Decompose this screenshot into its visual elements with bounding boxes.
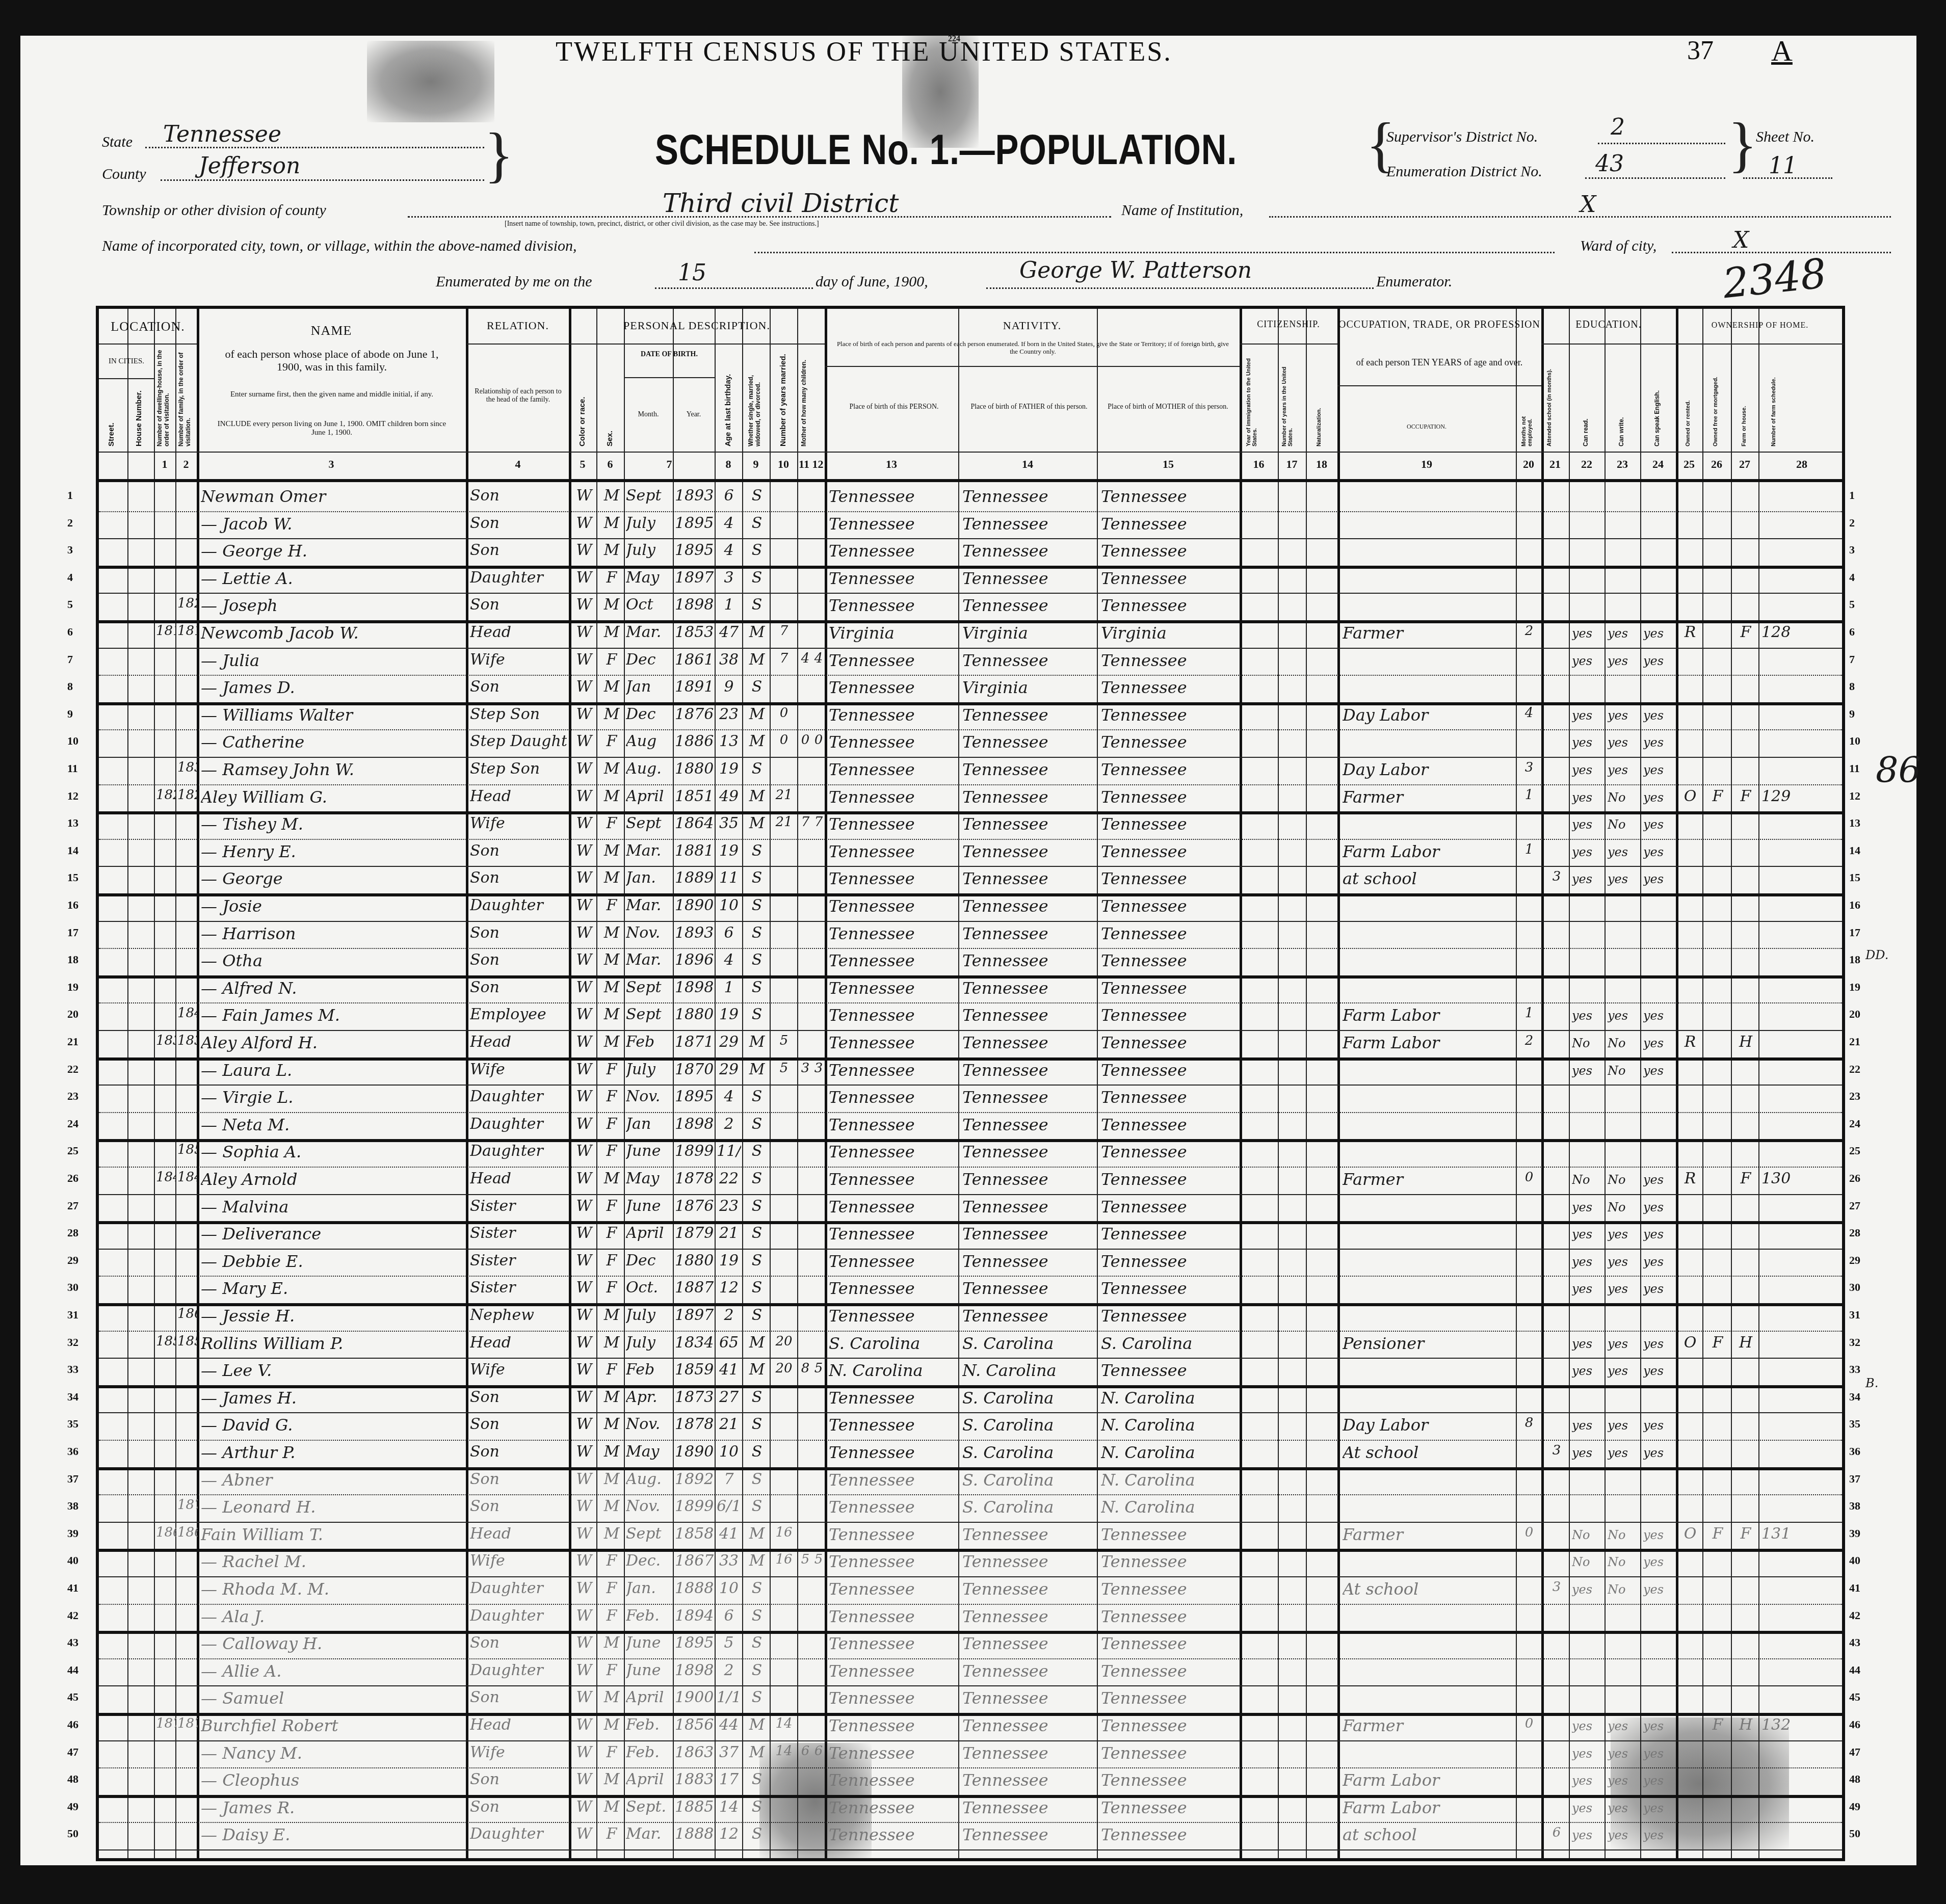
table-row[interactable]: 182— JosephSonWMOct18981STennesseeTennes… <box>99 594 1842 621</box>
color-race[interactable]: W <box>574 487 594 505</box>
marital-status[interactable]: S <box>745 1142 769 1160</box>
birth-year[interactable]: 1893 <box>675 487 714 505</box>
color-race[interactable]: W <box>574 869 594 887</box>
occupation[interactable]: Farmer <box>1343 1525 1513 1544</box>
birth-year[interactable]: 1897 <box>675 1306 714 1324</box>
age[interactable]: 29 <box>717 1033 741 1051</box>
enumerated-day[interactable]: 15 <box>678 260 706 286</box>
age[interactable]: 23 <box>717 1197 741 1215</box>
birth-year[interactable]: 1878 <box>675 1170 714 1187</box>
can-read[interactable]: yes <box>1572 1009 1602 1023</box>
marital-status[interactable]: S <box>745 896 769 914</box>
years-married[interactable]: 20 <box>772 1334 796 1349</box>
marital-status[interactable]: M <box>745 623 769 641</box>
table-row[interactable]: — Alfred N.SonWMSept18981STennesseeTenne… <box>99 976 1842 1004</box>
birth-year[interactable]: 1876 <box>675 1197 714 1215</box>
occupation[interactable]: Farm Labor <box>1343 1770 1513 1790</box>
months-unemployed[interactable]: 0 <box>1519 1716 1539 1731</box>
age[interactable]: 3 <box>717 569 741 587</box>
birth-year[interactable]: 1878 <box>675 1415 714 1433</box>
birthplace-mother[interactable]: Tennessee <box>1101 487 1238 506</box>
children-living[interactable]: 7 <box>812 814 825 830</box>
can-speak-english[interactable]: yes <box>1643 1036 1674 1050</box>
marital-status[interactable]: S <box>745 1415 769 1433</box>
sex[interactable]: F <box>601 1361 622 1379</box>
can-write[interactable]: yes <box>1608 763 1638 777</box>
table-row[interactable]: 183— Ramsey John W.Step SonWMAug.188019S… <box>99 758 1842 785</box>
can-speak-english[interactable]: yes <box>1643 1747 1674 1761</box>
can-speak-english[interactable]: yes <box>1643 1446 1674 1460</box>
can-read[interactable]: yes <box>1572 817 1602 832</box>
age[interactable]: 4 <box>717 1088 741 1105</box>
age[interactable]: 19 <box>717 1006 741 1023</box>
birth-month[interactable]: Mar. <box>626 623 672 641</box>
children-living[interactable]: 0 <box>812 732 825 748</box>
birthplace-mother[interactable]: Tennessee <box>1101 1033 1238 1052</box>
person-name[interactable]: — Jacob W. <box>201 514 463 534</box>
birthplace-mother[interactable]: Tennessee <box>1101 1197 1238 1217</box>
birthplace-person[interactable]: Tennessee <box>829 1170 956 1189</box>
can-read[interactable]: No <box>1572 1528 1602 1542</box>
birthplace-father[interactable]: Tennessee <box>962 1115 1095 1134</box>
color-race[interactable]: W <box>574 1115 594 1133</box>
birthplace-mother[interactable]: Tennessee <box>1101 1115 1238 1134</box>
color-race[interactable]: W <box>574 1634 594 1652</box>
person-name[interactable]: — Sophia A. <box>201 1142 463 1161</box>
color-race[interactable]: W <box>574 732 594 750</box>
birth-month[interactable]: May <box>626 1170 672 1187</box>
farm-house[interactable]: F <box>1734 787 1757 805</box>
farm-house[interactable]: F <box>1734 623 1757 641</box>
person-name[interactable]: — Samuel <box>201 1688 463 1708</box>
birthplace-mother[interactable]: Tennessee <box>1101 896 1238 916</box>
color-race[interactable]: W <box>574 1825 594 1843</box>
birth-year[interactable]: 1887 <box>675 1279 714 1297</box>
birthplace-person[interactable]: Tennessee <box>829 1252 956 1271</box>
can-write[interactable]: No <box>1608 817 1638 832</box>
marital-status[interactable]: S <box>745 541 769 559</box>
years-married[interactable]: 7 <box>772 623 796 639</box>
can-write[interactable]: yes <box>1608 1747 1638 1761</box>
birthplace-person[interactable]: Tennessee <box>829 1224 956 1244</box>
months-unemployed[interactable]: 1 <box>1519 1006 1539 1021</box>
relation[interactable]: Sister <box>470 1197 567 1215</box>
birth-year[interactable]: 1858 <box>675 1525 714 1543</box>
supervisor-value[interactable]: 2 <box>1611 114 1625 140</box>
months-unemployed[interactable]: 0 <box>1519 1170 1539 1185</box>
birth-month[interactable]: Nov. <box>626 924 672 942</box>
birthplace-person[interactable]: Tennessee <box>829 1061 956 1080</box>
table-row[interactable]: — Neta M.DaughterWFJan18982STennesseeTen… <box>99 1113 1842 1141</box>
sex[interactable]: M <box>601 1497 622 1515</box>
birthplace-mother[interactable]: Tennessee <box>1101 1525 1238 1544</box>
color-race[interactable]: W <box>574 1716 594 1734</box>
marital-status[interactable]: S <box>745 1306 769 1324</box>
person-name[interactable]: — Joseph <box>201 596 463 615</box>
can-read[interactable]: yes <box>1572 1200 1602 1214</box>
can-write[interactable]: No <box>1608 1200 1638 1214</box>
birth-year[interactable]: 1888 <box>675 1825 714 1843</box>
color-race[interactable]: W <box>574 814 594 832</box>
enumerator-name[interactable]: George W. Patterson <box>1019 257 1252 283</box>
relation[interactable]: Head <box>470 1033 567 1051</box>
birthplace-person[interactable]: Tennessee <box>829 1415 956 1435</box>
sex[interactable]: M <box>601 1634 622 1652</box>
can-read[interactable]: yes <box>1572 872 1602 886</box>
relation[interactable]: Daughter <box>470 896 567 914</box>
months-unemployed[interactable]: 8 <box>1519 1415 1539 1431</box>
birth-month[interactable]: Jan. <box>626 1579 672 1597</box>
birthplace-mother[interactable]: Tennessee <box>1101 1142 1238 1161</box>
age[interactable]: 5 <box>717 1634 741 1652</box>
person-name[interactable]: — Ala J. <box>201 1607 463 1626</box>
marital-status[interactable]: S <box>745 1661 769 1679</box>
age[interactable]: 13 <box>717 732 741 750</box>
birthplace-person[interactable]: Tennessee <box>829 1142 956 1161</box>
marital-status[interactable]: S <box>745 869 769 887</box>
birthplace-mother[interactable]: Tennessee <box>1101 814 1238 834</box>
owned-rented[interactable]: R <box>1679 1170 1701 1187</box>
sex[interactable]: F <box>601 1224 622 1242</box>
birthplace-mother[interactable]: Tennessee <box>1101 569 1238 588</box>
family-number[interactable]: 185 <box>177 1334 198 1349</box>
birthplace-mother[interactable]: Tennessee <box>1101 1552 1238 1571</box>
sex[interactable]: M <box>601 1388 622 1406</box>
farm-schedule[interactable]: 129 <box>1761 787 1843 805</box>
birthplace-father[interactable]: Tennessee <box>962 1252 1095 1271</box>
relation[interactable]: Wife <box>470 1361 567 1379</box>
birthplace-person[interactable]: Tennessee <box>829 596 956 615</box>
marital-status[interactable]: S <box>745 1470 769 1488</box>
can-write[interactable]: No <box>1608 1582 1638 1597</box>
can-speak-english[interactable]: yes <box>1643 1555 1674 1569</box>
birthplace-mother[interactable]: Tennessee <box>1101 924 1238 943</box>
can-write[interactable]: yes <box>1608 735 1638 750</box>
birthplace-person[interactable]: Tennessee <box>829 1279 956 1298</box>
birthplace-person[interactable]: Tennessee <box>829 1825 956 1844</box>
table-row[interactable]: — James R.SonWMSept.188514STennesseeTenn… <box>99 1796 1842 1823</box>
sex[interactable]: F <box>601 1088 622 1105</box>
birthplace-father[interactable]: Tennessee <box>962 814 1095 834</box>
table-row[interactable]: — James H.SonWMApr.187327STennesseeS. Ca… <box>99 1386 1842 1414</box>
relation[interactable]: Wife <box>470 814 567 832</box>
birth-month[interactable]: Aug. <box>626 760 672 778</box>
sex[interactable]: M <box>601 1688 622 1706</box>
sex[interactable]: M <box>601 1006 622 1023</box>
marital-status[interactable]: M <box>745 1743 769 1761</box>
birthplace-person[interactable]: Tennessee <box>829 732 956 752</box>
person-name[interactable]: — Rhoda M. M. <box>201 1579 463 1599</box>
age[interactable]: 2 <box>717 1306 741 1324</box>
birthplace-mother[interactable]: Tennessee <box>1101 1688 1238 1708</box>
age[interactable]: 29 <box>717 1061 741 1078</box>
relation[interactable]: Step Son <box>470 705 567 723</box>
birth-month[interactable]: May <box>626 1443 672 1461</box>
birthplace-father[interactable]: Tennessee <box>962 514 1095 534</box>
birthplace-father[interactable]: Tennessee <box>962 760 1095 779</box>
birthplace-person[interactable]: Tennessee <box>829 1607 956 1626</box>
color-race[interactable]: W <box>574 1088 594 1105</box>
birthplace-father[interactable]: Tennessee <box>962 924 1095 943</box>
age[interactable]: 11/12 <box>717 1142 741 1160</box>
color-race[interactable]: W <box>574 651 594 669</box>
relation[interactable]: Son <box>470 678 567 696</box>
marital-status[interactable]: S <box>745 1388 769 1406</box>
can-write[interactable]: yes <box>1608 1446 1638 1460</box>
can-read[interactable]: yes <box>1572 1364 1602 1378</box>
birth-year[interactable]: 1891 <box>675 678 714 696</box>
color-race[interactable]: W <box>574 1525 594 1543</box>
relation[interactable]: Employee <box>470 1006 567 1023</box>
person-name[interactable]: Newman Omer <box>201 487 463 506</box>
relation[interactable]: Son <box>470 1415 567 1433</box>
birthplace-father[interactable]: S. Carolina <box>962 1415 1095 1435</box>
color-race[interactable]: W <box>574 924 594 942</box>
color-race[interactable]: W <box>574 569 594 587</box>
can-write[interactable]: yes <box>1608 1774 1638 1788</box>
age[interactable]: 35 <box>717 814 741 832</box>
can-read[interactable]: No <box>1572 1173 1602 1187</box>
birthplace-mother[interactable]: Tennessee <box>1101 1661 1238 1681</box>
person-name[interactable]: — Malvina <box>201 1197 463 1217</box>
marital-status[interactable]: S <box>745 514 769 532</box>
table-row[interactable]: Newman OmerSonWMSept18936STennesseeTenne… <box>99 485 1842 512</box>
can-speak-english[interactable]: yes <box>1643 1009 1674 1023</box>
age[interactable]: 38 <box>717 651 741 669</box>
birth-month[interactable]: Sept <box>626 1525 672 1543</box>
dwelling-number[interactable]: 181 <box>156 623 176 639</box>
birthplace-father[interactable]: Virginia <box>962 678 1095 697</box>
age[interactable]: 44 <box>717 1716 741 1734</box>
can-read[interactable]: yes <box>1572 1582 1602 1597</box>
birthplace-mother[interactable]: Tennessee <box>1101 514 1238 534</box>
can-write[interactable]: yes <box>1608 1255 1638 1269</box>
birth-year[interactable]: 1834 <box>675 1334 714 1352</box>
birthplace-person[interactable]: N. Carolina <box>829 1361 956 1380</box>
color-race[interactable]: W <box>574 678 594 696</box>
birth-month[interactable]: July <box>626 1334 672 1352</box>
sex[interactable]: M <box>601 842 622 860</box>
birthplace-person[interactable]: Tennessee <box>829 1798 956 1817</box>
color-race[interactable]: W <box>574 596 594 614</box>
township-value[interactable]: Third civil District <box>663 189 899 218</box>
enumeration-value[interactable]: 43 <box>1595 151 1624 177</box>
birth-year[interactable]: 1880 <box>675 760 714 778</box>
person-name[interactable]: Newcomb Jacob W. <box>201 623 463 643</box>
table-row[interactable]: — CatherineStep DaughterWFAug188613M000T… <box>99 730 1842 758</box>
dwelling-number[interactable]: 183 <box>156 1033 176 1048</box>
sex[interactable]: F <box>601 1115 622 1133</box>
can-speak-english[interactable]: yes <box>1643 708 1674 723</box>
can-write[interactable]: yes <box>1608 1801 1638 1815</box>
owned-rented[interactable]: O <box>1679 787 1701 805</box>
birth-month[interactable]: Sept <box>626 814 672 832</box>
table-row[interactable]: — JuliaWifeWFDec186138M744TennesseeTenne… <box>99 649 1842 676</box>
can-speak-english[interactable]: yes <box>1643 1719 1674 1733</box>
age[interactable]: 41 <box>717 1525 741 1543</box>
birthplace-father[interactable]: Tennessee <box>962 569 1095 588</box>
birthplace-father[interactable]: Tennessee <box>962 1088 1095 1107</box>
occupation[interactable]: Pensioner <box>1343 1334 1513 1353</box>
birthplace-father[interactable]: Tennessee <box>962 869 1095 888</box>
sex[interactable]: M <box>601 1770 622 1788</box>
mother-of[interactable]: 7 <box>799 814 811 830</box>
birthplace-person[interactable]: Tennessee <box>829 1006 956 1025</box>
can-read[interactable]: yes <box>1572 1337 1602 1351</box>
farm-schedule[interactable]: 128 <box>1761 623 1843 641</box>
can-speak-english[interactable]: yes <box>1643 1528 1674 1542</box>
can-speak-english[interactable]: yes <box>1643 1064 1674 1078</box>
birthplace-mother[interactable]: Tennessee <box>1101 651 1238 670</box>
sex[interactable]: M <box>601 1415 622 1433</box>
birth-year[interactable]: 1880 <box>675 1252 714 1270</box>
farm-house[interactable]: F <box>1734 1170 1757 1187</box>
sex[interactable]: M <box>601 596 622 614</box>
person-name[interactable]: — James H. <box>201 1388 463 1408</box>
farm-house[interactable]: F <box>1734 1525 1757 1543</box>
birthplace-mother[interactable]: Tennessee <box>1101 1006 1238 1025</box>
color-race[interactable]: W <box>574 1224 594 1242</box>
birth-year[interactable]: 1879 <box>675 1224 714 1242</box>
person-name[interactable]: — Mary E. <box>201 1279 463 1298</box>
color-race[interactable]: W <box>574 787 594 805</box>
birthplace-person[interactable]: Tennessee <box>829 842 956 861</box>
can-read[interactable]: yes <box>1572 1801 1602 1815</box>
occupation[interactable]: Farmer <box>1343 787 1513 807</box>
age[interactable]: 65 <box>717 1334 741 1352</box>
age[interactable]: 10 <box>717 1443 741 1461</box>
can-read[interactable]: yes <box>1572 1064 1602 1078</box>
sheet-value[interactable]: 11 <box>1769 153 1797 179</box>
sex[interactable]: M <box>601 514 622 532</box>
marital-status[interactable]: S <box>745 1279 769 1297</box>
table-row[interactable]: — Henry E.SonWMMar.188119STennesseeTenne… <box>99 840 1842 867</box>
birthplace-person[interactable]: Tennessee <box>829 896 956 916</box>
relation[interactable]: Son <box>470 596 567 614</box>
color-race[interactable]: W <box>574 1361 594 1379</box>
birthplace-mother[interactable]: N. Carolina <box>1101 1443 1238 1462</box>
relation[interactable]: Son <box>470 1688 567 1706</box>
years-married[interactable]: 14 <box>772 1716 796 1731</box>
table-row[interactable]: — David G.SonWMNov.187821STennesseeS. Ca… <box>99 1413 1842 1441</box>
birth-year[interactable]: 1867 <box>675 1552 714 1570</box>
color-race[interactable]: W <box>574 1579 594 1597</box>
person-name[interactable]: — Rachel M. <box>201 1552 463 1571</box>
table-row[interactable]: — Lee V.WifeWFFeb185941M2085N. CarolinaN… <box>99 1359 1842 1386</box>
can-speak-english[interactable]: yes <box>1643 1828 1674 1842</box>
farm-schedule[interactable]: 131 <box>1761 1525 1843 1543</box>
birth-month[interactable]: Mar. <box>626 1825 672 1843</box>
person-name[interactable]: — Lee V. <box>201 1361 463 1380</box>
table-row[interactable]: — Mary E.SisterWFOct.188712STennesseeTen… <box>99 1277 1842 1304</box>
can-speak-english[interactable]: yes <box>1643 1801 1674 1815</box>
person-name[interactable]: — Abner <box>201 1470 463 1490</box>
sex[interactable]: M <box>601 979 622 996</box>
birthplace-father[interactable]: Tennessee <box>962 1006 1095 1025</box>
relation[interactable]: Daughter <box>470 1142 567 1160</box>
can-speak-english[interactable]: yes <box>1643 1282 1674 1296</box>
can-write[interactable]: No <box>1608 1528 1638 1542</box>
person-name[interactable]: — Williams Walter <box>201 705 463 725</box>
birthplace-mother[interactable]: Tennessee <box>1101 732 1238 752</box>
birth-year[interactable]: 1894 <box>675 1607 714 1625</box>
birthplace-mother[interactable]: Tennessee <box>1101 760 1238 779</box>
person-name[interactable]: — David G. <box>201 1415 463 1435</box>
owned-rented[interactable]: R <box>1679 623 1701 641</box>
table-row[interactable]: — James D.SonWMJan18919STennesseeVirgini… <box>99 676 1842 703</box>
attended-school[interactable]: 6 <box>1546 1825 1567 1840</box>
relation[interactable]: Son <box>470 842 567 860</box>
can-write[interactable]: yes <box>1608 1282 1638 1296</box>
color-race[interactable]: W <box>574 1798 594 1816</box>
color-race[interactable]: W <box>574 623 594 641</box>
birth-month[interactable]: Mar. <box>626 951 672 969</box>
birthplace-person[interactable]: Tennessee <box>829 1306 956 1326</box>
birthplace-father[interactable]: Tennessee <box>962 896 1095 916</box>
sex[interactable]: M <box>601 760 622 778</box>
relation[interactable]: Son <box>470 1443 567 1461</box>
occupation[interactable]: Farmer <box>1343 623 1513 643</box>
age[interactable]: 4 <box>717 514 741 532</box>
birth-year[interactable]: 1883 <box>675 1770 714 1788</box>
table-row[interactable]: — Jacob W.SonWMJuly18954STennesseeTennes… <box>99 512 1842 540</box>
sex[interactable]: F <box>601 1197 622 1215</box>
marital-status[interactable]: S <box>745 1224 769 1242</box>
birth-year[interactable]: 1899 <box>675 1142 714 1160</box>
birth-year[interactable]: 1863 <box>675 1743 714 1761</box>
table-row[interactable]: — MalvinaSisterWFJune187623STennesseeTen… <box>99 1195 1842 1223</box>
birthplace-father[interactable]: S. Carolina <box>962 1388 1095 1408</box>
months-unemployed[interactable]: 2 <box>1519 1033 1539 1048</box>
birth-year[interactable]: 1898 <box>675 979 714 996</box>
marital-status[interactable]: S <box>745 760 769 778</box>
table-row[interactable]: — HarrisonSonWMNov.18936STennesseeTennes… <box>99 922 1842 949</box>
months-unemployed[interactable]: 1 <box>1519 842 1539 857</box>
years-married[interactable]: 5 <box>772 1033 796 1048</box>
person-name[interactable]: — James D. <box>201 678 463 697</box>
relation[interactable]: Wife <box>470 1552 567 1570</box>
birth-month[interactable]: Oct. <box>626 1279 672 1297</box>
can-speak-english[interactable]: yes <box>1643 626 1674 641</box>
birthplace-father[interactable]: Tennessee <box>962 1033 1095 1052</box>
can-write[interactable]: yes <box>1608 1009 1638 1023</box>
birthplace-person[interactable]: Virginia <box>829 623 956 643</box>
age[interactable]: 14 <box>717 1798 741 1816</box>
birthplace-mother[interactable]: Tennessee <box>1101 1743 1238 1763</box>
can-speak-english[interactable]: yes <box>1643 817 1674 832</box>
dwelling-number[interactable]: 187 <box>156 1716 176 1731</box>
months-unemployed[interactable]: 2 <box>1519 623 1539 639</box>
table-row[interactable]: — CleophusSonWMApril188317STennesseeTenn… <box>99 1768 1842 1796</box>
children-living[interactable]: 5 <box>812 1361 825 1376</box>
table-row[interactable]: — Laura L.WifeWFJuly187029M533TennesseeT… <box>99 1059 1842 1086</box>
sex[interactable]: M <box>601 623 622 641</box>
sex[interactable]: F <box>601 732 622 750</box>
table-row[interactable]: 184184Aley ArnoldHeadWMMay187822STenness… <box>99 1168 1842 1195</box>
birthplace-mother[interactable]: Tennessee <box>1101 1770 1238 1790</box>
birthplace-person[interactable]: Tennessee <box>829 1552 956 1571</box>
marital-status[interactable]: S <box>745 1197 769 1215</box>
marital-status[interactable]: M <box>745 1334 769 1352</box>
marital-status[interactable]: S <box>745 596 769 614</box>
birth-month[interactable]: Sept. <box>626 1798 672 1816</box>
relation[interactable]: Sister <box>470 1252 567 1270</box>
birth-year[interactable]: 1881 <box>675 842 714 860</box>
person-name[interactable]: — Catherine <box>201 732 463 752</box>
relation[interactable]: Daughter <box>470 569 567 587</box>
birth-month[interactable]: Oct <box>626 596 672 614</box>
color-race[interactable]: W <box>574 1142 594 1160</box>
